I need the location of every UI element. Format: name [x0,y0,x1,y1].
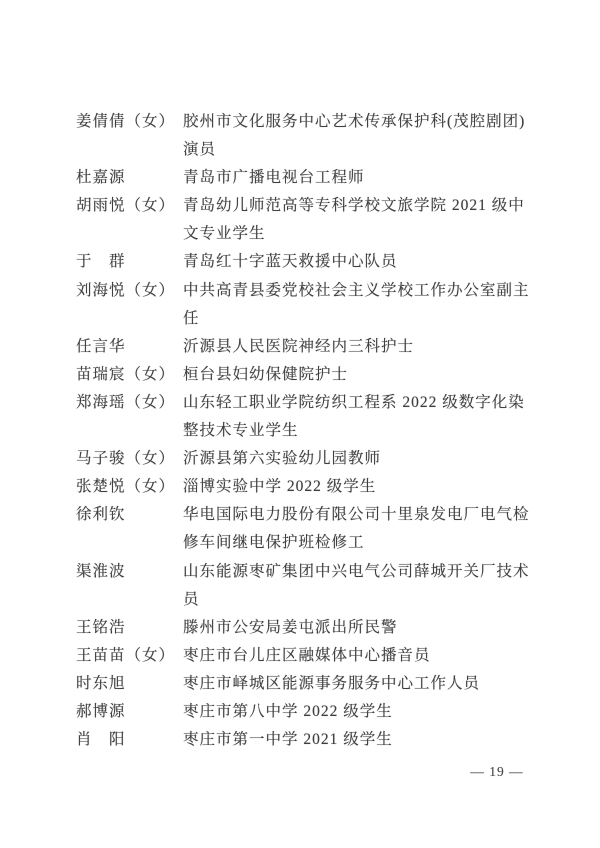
person-name: 姜倩倩（女） [76,108,183,136]
roster-entry: 时东旭枣庄市峄城区能源事务服务中心工作人员 [76,670,528,698]
roster-entry: 渠淮波山东能源枣矿集团中兴电气公司薛城开关厂技术员 [76,558,528,614]
person-position-line: 修车间继电保护班检修工 [183,529,528,557]
person-name: 王苗苗（女） [76,642,183,670]
person-position: 淄博实验中学 2022 级学生 [183,473,528,501]
person-position-line: 青岛市广播电视台工程师 [183,164,528,192]
person-name: 苗瑞宸（女） [76,361,183,389]
person-position: 青岛幼儿师范高等专科学校文旅学院 2021 级中文专业学生 [183,192,528,248]
roster-entry: 肖 阳枣庄市第一中学 2021 级学生 [76,726,528,754]
person-position: 滕州市公安局姜屯派出所民警 [183,614,528,642]
person-name: 郝博源 [76,698,183,726]
roster-entry: 郑海瑶（女）山东轻工职业学院纺织工程系 2022 级数字化染整技术专业学生 [76,389,528,445]
person-position-line: 整技术专业学生 [183,417,528,445]
person-position-line: 滕州市公安局姜屯派出所民警 [183,614,528,642]
person-position: 青岛红十字蓝天救援中心队员 [183,248,528,276]
person-position: 山东轻工职业学院纺织工程系 2022 级数字化染整技术专业学生 [183,389,528,445]
person-name: 马子骏（女） [76,445,183,473]
page-number: — 19 — [470,764,523,779]
person-position-line: 山东轻工职业学院纺织工程系 2022 级数字化染 [183,389,528,417]
person-position-line: 枣庄市台儿庄区融媒体中心播音员 [183,642,528,670]
person-name: 张楚悦（女） [76,473,183,501]
person-name: 刘海悦（女） [76,277,183,305]
person-position-line: 淄博实验中学 2022 级学生 [183,473,528,501]
person-position-line: 华电国际电力股份有限公司十里泉发电厂电气检 [183,501,528,529]
person-name: 王铭浩 [76,614,183,642]
person-name: 杜嘉源 [76,164,183,192]
person-position-line: 青岛红十字蓝天救援中心队员 [183,248,528,276]
person-position-line: 桓台县妇幼保健院护士 [183,361,528,389]
person-name: 徐利钦 [76,501,183,529]
person-position: 沂源县第六实验幼儿园教师 [183,445,528,473]
person-name: 时东旭 [76,670,183,698]
person-name: 任言华 [76,333,183,361]
person-position: 桓台县妇幼保健院护士 [183,361,528,389]
person-position-line: 枣庄市第一中学 2021 级学生 [183,726,528,754]
person-name: 渠淮波 [76,558,183,586]
roster-entry: 任言华沂源县人民医院神经内三科护士 [76,333,528,361]
person-position-line: 文专业学生 [183,220,528,248]
person-position-line: 中共高青县委党校社会主义学校工作办公室副主 [183,277,528,305]
person-position-line: 沂源县人民医院神经内三科护士 [183,333,528,361]
person-position-line: 沂源县第六实验幼儿园教师 [183,445,528,473]
person-position: 枣庄市台儿庄区融媒体中心播音员 [183,642,528,670]
person-position: 胶州市文化服务中心艺术传承保护科(茂腔剧团)演员 [183,108,528,164]
page-footer: — 19 — [462,763,532,781]
person-position-line: 员 [183,586,528,614]
person-position-line: 演员 [183,136,528,164]
roster-entry: 于 群青岛红十字蓝天救援中心队员 [76,248,528,276]
roster-entry: 王铭浩滕州市公安局姜屯派出所民警 [76,614,528,642]
roster-entry: 张楚悦（女）淄博实验中学 2022 级学生 [76,473,528,501]
roster-entry: 杜嘉源青岛市广播电视台工程师 [76,164,528,192]
roster-entry: 马子骏（女）沂源县第六实验幼儿园教师 [76,445,528,473]
person-position-line: 任 [183,305,528,333]
person-position: 中共高青县委党校社会主义学校工作办公室副主任 [183,277,528,333]
roster-entry: 胡雨悦（女）青岛幼儿师范高等专科学校文旅学院 2021 级中文专业学生 [76,192,528,248]
person-position-line: 青岛幼儿师范高等专科学校文旅学院 2021 级中 [183,192,528,220]
person-position: 枣庄市第八中学 2022 级学生 [183,698,528,726]
document-page: 姜倩倩（女）胶州市文化服务中心艺术传承保护科(茂腔剧团)演员杜嘉源青岛市广播电视… [0,0,600,848]
roster-entry: 郝博源枣庄市第八中学 2022 级学生 [76,698,528,726]
person-position: 华电国际电力股份有限公司十里泉发电厂电气检修车间继电保护班检修工 [183,501,528,557]
person-position: 枣庄市峄城区能源事务服务中心工作人员 [183,670,528,698]
person-position: 青岛市广播电视台工程师 [183,164,528,192]
person-position-line: 山东能源枣矿集团中兴电气公司薛城开关厂技术 [183,558,528,586]
person-position: 枣庄市第一中学 2021 级学生 [183,726,528,754]
roster-entry: 姜倩倩（女）胶州市文化服务中心艺术传承保护科(茂腔剧团)演员 [76,108,528,164]
person-position-line: 枣庄市第八中学 2022 级学生 [183,698,528,726]
person-position: 沂源县人民医院神经内三科护士 [183,333,528,361]
person-position-line: 枣庄市峄城区能源事务服务中心工作人员 [183,670,528,698]
person-position-line: 胶州市文化服务中心艺术传承保护科(茂腔剧团) [183,108,528,136]
roster-entry: 苗瑞宸（女）桓台县妇幼保健院护士 [76,361,528,389]
person-name: 郑海瑶（女） [76,389,183,417]
person-name: 肖 阳 [76,726,183,754]
person-position: 山东能源枣矿集团中兴电气公司薛城开关厂技术员 [183,558,528,614]
person-name: 胡雨悦（女） [76,192,183,220]
roster-entry: 王苗苗（女）枣庄市台儿庄区融媒体中心播音员 [76,642,528,670]
roster-list: 姜倩倩（女）胶州市文化服务中心艺术传承保护科(茂腔剧团)演员杜嘉源青岛市广播电视… [76,108,528,754]
roster-entry: 徐利钦华电国际电力股份有限公司十里泉发电厂电气检修车间继电保护班检修工 [76,501,528,557]
roster-entry: 刘海悦（女）中共高青县委党校社会主义学校工作办公室副主任 [76,277,528,333]
person-name: 于 群 [76,248,183,276]
